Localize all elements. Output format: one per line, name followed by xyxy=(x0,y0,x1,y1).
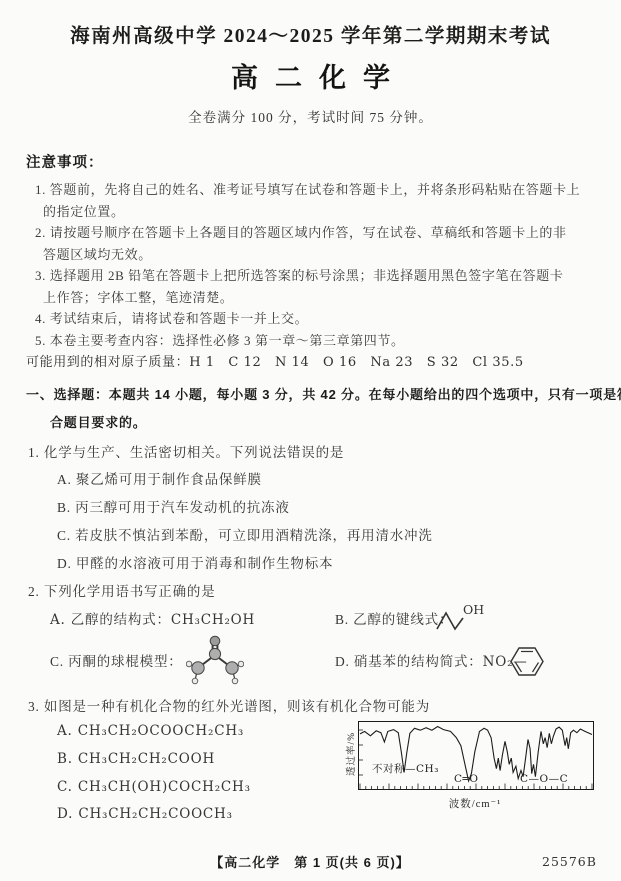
section1-heading-line1: 一、选择题：本题共 14 小题，每小题 3 分，共 42 分。在每小题给出的四个… xyxy=(26,384,621,403)
question-2-option-c-label: C. 丙酮的球棍模型： xyxy=(50,650,183,670)
question-1-option-c: C. 若皮肤不慎沾到苯酚，可立即用酒精洗涤，再用清水冲洗 xyxy=(57,524,433,544)
ethanol-keyline-drawing xyxy=(436,609,466,631)
ir-plot-area: 不对称—CH₃ C═O C—O—C xyxy=(358,721,594,790)
ir-y-axis-label: 透过率/% xyxy=(343,719,357,789)
subject-title: 高二化学 xyxy=(0,56,621,95)
question-3-option-b: B. CH₃CH₂CH₂COOH xyxy=(57,751,215,767)
question-2-option-a: A. 乙醇的结构式：CH₃CH₂OH xyxy=(50,608,255,628)
footer-page-info: 【高二化学 第 1 页(共 6 页)】 xyxy=(170,852,450,871)
note-line-3a: 3. 选择题用 2B 铅笔在答题卡上把所选答案的标号涂黑；非选择题用黑色签字笔在… xyxy=(35,265,563,284)
question-3-option-d: D. CH₃CH₂CH₂COOCH₃ xyxy=(57,806,233,822)
question-3-option-c: C. CH₃CH(OH)COCH₂CH₃ xyxy=(57,779,251,795)
acetone-ball-stick-model xyxy=(186,633,244,685)
note-line-1a: 1. 答题前，先将自己的姓名、准考证号填写在试卷和答题卡上，并将条形码粘贴在答题… xyxy=(35,179,580,198)
note-line-2a: 2. 请按题号顺序在答题卡上各题目的答题区域内作答，写在试卷、草稿纸和答题卡上的… xyxy=(35,222,567,241)
question-3-stem: 3. 如图是一种有机化合物的红外光谱图，则该有机化合物可能为 xyxy=(28,695,430,715)
section1-heading-line2: 合题目要求的。 xyxy=(50,412,147,431)
benzene-ring-drawing xyxy=(509,645,545,678)
page-title: 海南州高级中学 2024～2025 学年第二学期期末考试 xyxy=(0,20,621,48)
note-line-4: 4. 考试结束后，请将试卷和答题卡一并上交。 xyxy=(35,308,308,327)
question-3-option-a: A. CH₃CH₂OCOOCH₂CH₃ xyxy=(57,723,244,739)
exam-info: 全卷满分 100 分，考试时间 75 分钟。 xyxy=(0,106,621,126)
exam-paper-page: 海南州高级中学 2024～2025 学年第二学期期末考试 高二化学 全卷满分 1… xyxy=(0,0,621,881)
ir-spectrum-chart: 透过率/% 不对称—CH₃ C═O C—O—C 波数/cm⁻¹ xyxy=(345,714,601,814)
note-line-5: 5. 本卷主要考查内容：选择性必修 3 第一章～第三章第四节。 xyxy=(35,330,405,349)
question-2-stem: 2. 下列化学用语书写正确的是 xyxy=(28,580,216,600)
note-line-2b: 答题区域均无效。 xyxy=(43,244,152,263)
notes-heading: 注意事项： xyxy=(26,151,104,172)
annotation-c-o-c: C—O—C xyxy=(520,773,568,785)
atomic-mass-line: 可能用到的相对原子质量：H 1 C 12 N 14 O 16 Na 23 S 3… xyxy=(26,351,524,370)
question-1-option-b: B. 丙三醇可用于汽车发动机的抗冻液 xyxy=(57,496,290,516)
footer-paper-code: 25576B xyxy=(542,854,597,869)
question-1-option-a: A. 聚乙烯可用于制作食品保鲜膜 xyxy=(57,468,262,488)
note-line-1b: 的指定位置。 xyxy=(43,201,125,220)
question-1-stem: 1. 化学与生产、生活密切相关。下列说法错误的是 xyxy=(28,441,344,461)
annotation-asym-ch3: 不对称—CH₃ xyxy=(372,761,439,776)
ethanol-keyline-oh-label: OH xyxy=(463,602,484,617)
ir-x-axis-label: 波数/cm⁻¹ xyxy=(358,796,592,811)
annotation-c-double-o: C═O xyxy=(454,773,478,785)
nitrobenzene-label: D. 硝基苯的结构简式： xyxy=(335,654,483,669)
question-1-option-d: D. 甲醛的水溶液可用于消毒和制作生物标本 xyxy=(57,552,333,572)
question-2-option-d-label: D. 硝基苯的结构简式：NO₂— xyxy=(335,650,528,670)
y-axis-ticks xyxy=(359,730,363,775)
note-line-3b: 上作答；字体工整，笔迹清楚。 xyxy=(43,287,233,306)
